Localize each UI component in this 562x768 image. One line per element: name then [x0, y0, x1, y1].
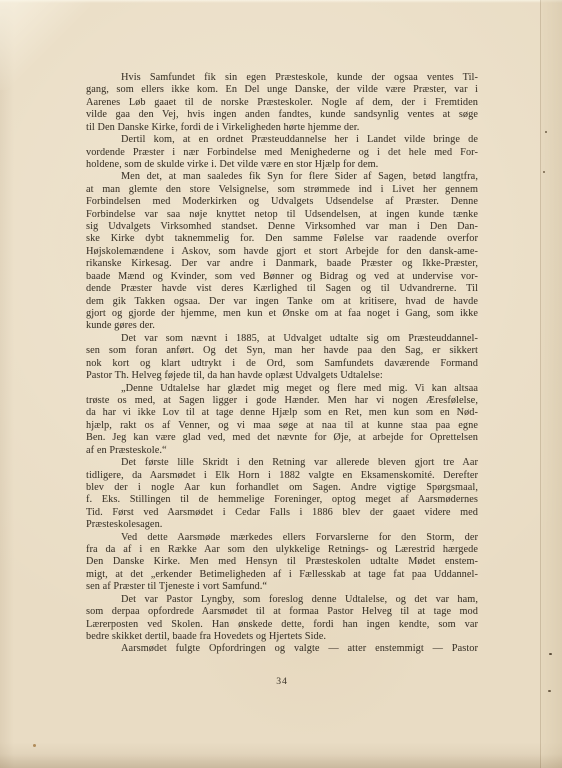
- text-line: vilde gaa den Vej, hvis ingen anden fand…: [86, 109, 478, 121]
- text-line: Forbindelse var saa nøje knyttet netop t…: [86, 209, 478, 221]
- text-line: Ved dette Aarsmøde mærkedes ellers Forva…: [86, 532, 478, 544]
- text-line: baade Mænd og Kvinder, som ved Bønner og…: [86, 271, 478, 283]
- text-line: vordende Præster i nær Forbindelse med M…: [86, 147, 478, 159]
- paper-speck: [548, 690, 551, 692]
- text-line: Men det, at man saaledes fik Syn for fle…: [86, 171, 478, 183]
- text-line: Pastor Th. Helveg føjede til, da han hav…: [86, 370, 478, 382]
- text-line: holdene, som de skulde virke i. Det vild…: [86, 159, 478, 171]
- text-line: gang, som ellers ikke kom. En Del unge D…: [86, 84, 478, 96]
- text-line: da har vi ikke Lov til at tage denne Hjæ…: [86, 407, 478, 419]
- text-line: trøste os med, at Sagen ligger i gode Hæ…: [86, 395, 478, 407]
- paragraph: Dertil kom, at en ordnet Præsteuddannels…: [86, 134, 478, 171]
- paper-speck: [543, 171, 545, 173]
- text-line: Højskolemændene i Askov, som havde gjort…: [86, 246, 478, 258]
- text-line: ske Kirke dybt taknemmelig for. Den samm…: [86, 233, 478, 245]
- paragraph: Aarsmødet fulgte Opfordringen og valgte …: [86, 643, 478, 655]
- paragraph: Det første lille Skridt i den Retning va…: [86, 457, 478, 532]
- paper-speck: [549, 653, 552, 655]
- paragraph: Ved dette Aarsmøde mærkedes ellers Forva…: [86, 532, 478, 594]
- text-line: sen som foran anført. Og det Syn, man he…: [86, 345, 478, 357]
- text-line: nok kort og klart udtrykt i de Ord, som …: [86, 358, 478, 370]
- paragraph: „Denne Udtalelse har glædet mig meget og…: [86, 383, 478, 458]
- text-line: til Den Danske Kirke, fordi de i Virkeli…: [86, 122, 478, 134]
- text-line: Aarsmødet fulgte Opfordringen og valgte …: [86, 643, 478, 655]
- text-line: Forbindelsen med Moderkirken og Udvalget…: [86, 196, 478, 208]
- text-line: Den Danske Kirke. Men med Hensyn til Præ…: [86, 556, 478, 568]
- paragraph: Men det, at man saaledes fik Syn for fle…: [86, 171, 478, 332]
- text-line: migt, at det „erkender Betimeligheden af…: [86, 569, 478, 581]
- page-corner-highlight: [0, 0, 90, 90]
- text-line: Tid. Først ved Aarsmødet i Cedar Falls i…: [86, 507, 478, 519]
- text-line: Det var Pastor Lyngby, som foreslog denn…: [86, 594, 478, 606]
- page-number: 34: [86, 676, 478, 687]
- book-page: Hvis Samfundet fik sin egen Præsteskole,…: [0, 0, 562, 768]
- text-line: sen af Præster til Tjeneste i vort Samfu…: [86, 581, 478, 593]
- text-line: „Denne Udtalelse har glædet mig meget og…: [86, 383, 478, 395]
- text-line: som derpaa opfordrede Aarsmødet til at f…: [86, 606, 478, 618]
- text-line: Det var som nævnt i 1885, at Udvalget ud…: [86, 333, 478, 345]
- text-line: dende Præster havde vist deres Kærlighed…: [86, 283, 478, 295]
- text-line: fra da af i en Række Aar som den ulykkel…: [86, 544, 478, 556]
- text-line: tidligere, da Aarsmødet i Elk Horn i 188…: [86, 470, 478, 482]
- paper-speck: [545, 131, 547, 133]
- page-top-edge: [0, 0, 562, 3]
- paragraph: Hvis Samfundet fik sin egen Præsteskole,…: [86, 72, 478, 134]
- text-line: hjælp, rakt os af Venner, og vi maa søge…: [86, 420, 478, 432]
- text-line: dem gik Takken ogsaa. Der var ingen Tank…: [86, 296, 478, 308]
- text-line: gjort og gjorde der hjemme, men kun et Ø…: [86, 308, 478, 320]
- paragraph: Det var som nævnt i 1885, at Udvalget ud…: [86, 333, 478, 383]
- text-line: Ben. Jeg kan være glad ved, med det nævn…: [86, 432, 478, 444]
- text-line: f. Eks. Stillingen til de hemmelige Fore…: [86, 494, 478, 506]
- paragraph: Det var Pastor Lyngby, som foreslog denn…: [86, 594, 478, 644]
- page-bottom-shadow: [0, 754, 562, 768]
- text-line: Hvis Samfundet fik sin egen Præsteskole,…: [86, 72, 478, 84]
- text-line: rikanske Kirkesag. Der var andre i Danma…: [86, 258, 478, 270]
- text-line: Aarenes Løb gaaet til de norske Præstesk…: [86, 97, 478, 109]
- text-line: at man glemte den store Velsignelse, som…: [86, 184, 478, 196]
- text-line: Dertil kom, at en ordnet Præsteuddannels…: [86, 134, 478, 146]
- text-line: Det første lille Skridt i den Retning va…: [86, 457, 478, 469]
- page-crease-line: [540, 0, 541, 768]
- page-text: Hvis Samfundet fik sin egen Præsteskole,…: [86, 72, 478, 656]
- paper-speck: [33, 744, 36, 747]
- text-line: blev der i nogle Aar kun forhandlet om S…: [86, 482, 478, 494]
- text-line: Præsteskolesagen.: [86, 519, 478, 531]
- text-line: kunde gøres der.: [86, 320, 478, 332]
- text-line: sig Udvalgets Virksomhed standset. Denne…: [86, 221, 478, 233]
- text-line: bedre skikket dertil, baade fra Hovedets…: [86, 631, 478, 643]
- text-line: Lærerposten ved Skolen. Han ønskede dett…: [86, 619, 478, 631]
- text-line: af en Præsteskole.“: [86, 445, 478, 457]
